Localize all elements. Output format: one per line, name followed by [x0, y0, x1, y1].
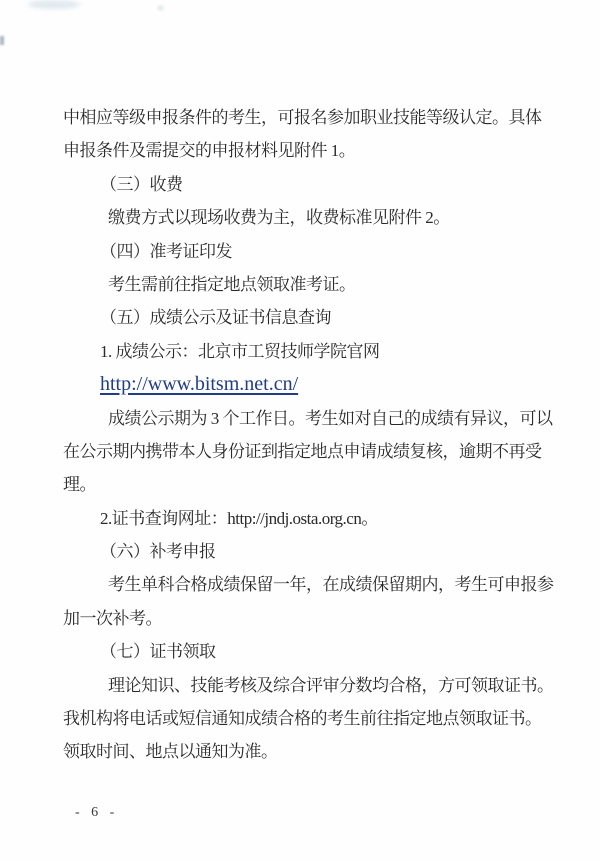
document-page: 中相应等级申报条件的考生，可报名参加职业技能等级认定。具体 申报条件及需提交的申…	[0, 0, 600, 861]
section-heading-admission-ticket: （四）准考证印发	[63, 235, 553, 268]
paragraph-line: 理。	[63, 468, 553, 501]
section-heading-results-query: （五）成绩公示及证书信息查询	[63, 301, 553, 334]
paragraph-line: 中相应等级申报条件的考生，可报名参加职业技能等级认定。具体	[63, 101, 553, 134]
paragraph-line: 成绩公示期为 3 个工作日。考生如对自己的成绩有异议，可以	[63, 402, 553, 435]
document-body: 中相应等级申报条件的考生，可报名参加职业技能等级认定。具体 申报条件及需提交的申…	[63, 101, 553, 769]
numbered-item-line: 2.证书查询网址：http://jndj.osta.org.cn。	[63, 502, 553, 535]
section-heading-fees: （三）收费	[63, 168, 553, 201]
paragraph-line: 申报条件及需提交的申报材料见附件 1。	[63, 134, 553, 167]
paragraph-line: 缴费方式以现场收费为主，收费标准见附件 2。	[63, 201, 553, 234]
numbered-item-line: 1. 成绩公示：北京市工贸技师学院官网	[63, 335, 553, 368]
paragraph-line: 考生单科合格成绩保留一年，在成绩保留期内，考生可申报参	[63, 568, 553, 601]
paragraph-line: 我机构将电话或短信通知成绩合格的考生前往指定地点领取证书。	[63, 702, 553, 735]
scan-artifact	[28, 0, 80, 9]
paragraph-line: 领取时间、地点以通知为准。	[63, 735, 553, 768]
page-number: - 6 -	[75, 805, 118, 821]
scan-artifact	[157, 5, 164, 11]
section-heading-makeup-exam: （六）补考申报	[63, 535, 553, 568]
paragraph-line: 理论知识、技能考核及综合评审分数均合格，方可领取证书。	[63, 669, 553, 702]
bitsm-url-link[interactable]: http://www.bitsm.net.cn/	[100, 373, 298, 395]
paragraph-line: 在公示期内携带本人身份证到指定地点申请成绩复核，逾期不再受	[63, 435, 553, 468]
paragraph-line: 加一次补考。	[63, 602, 553, 635]
section-heading-certificate-pickup: （七）证书领取	[63, 635, 553, 668]
paragraph-line: 考生需前往指定地点领取准考证。	[63, 268, 553, 301]
scan-artifact	[0, 36, 4, 45]
link-line: http://www.bitsm.net.cn/	[63, 368, 553, 401]
